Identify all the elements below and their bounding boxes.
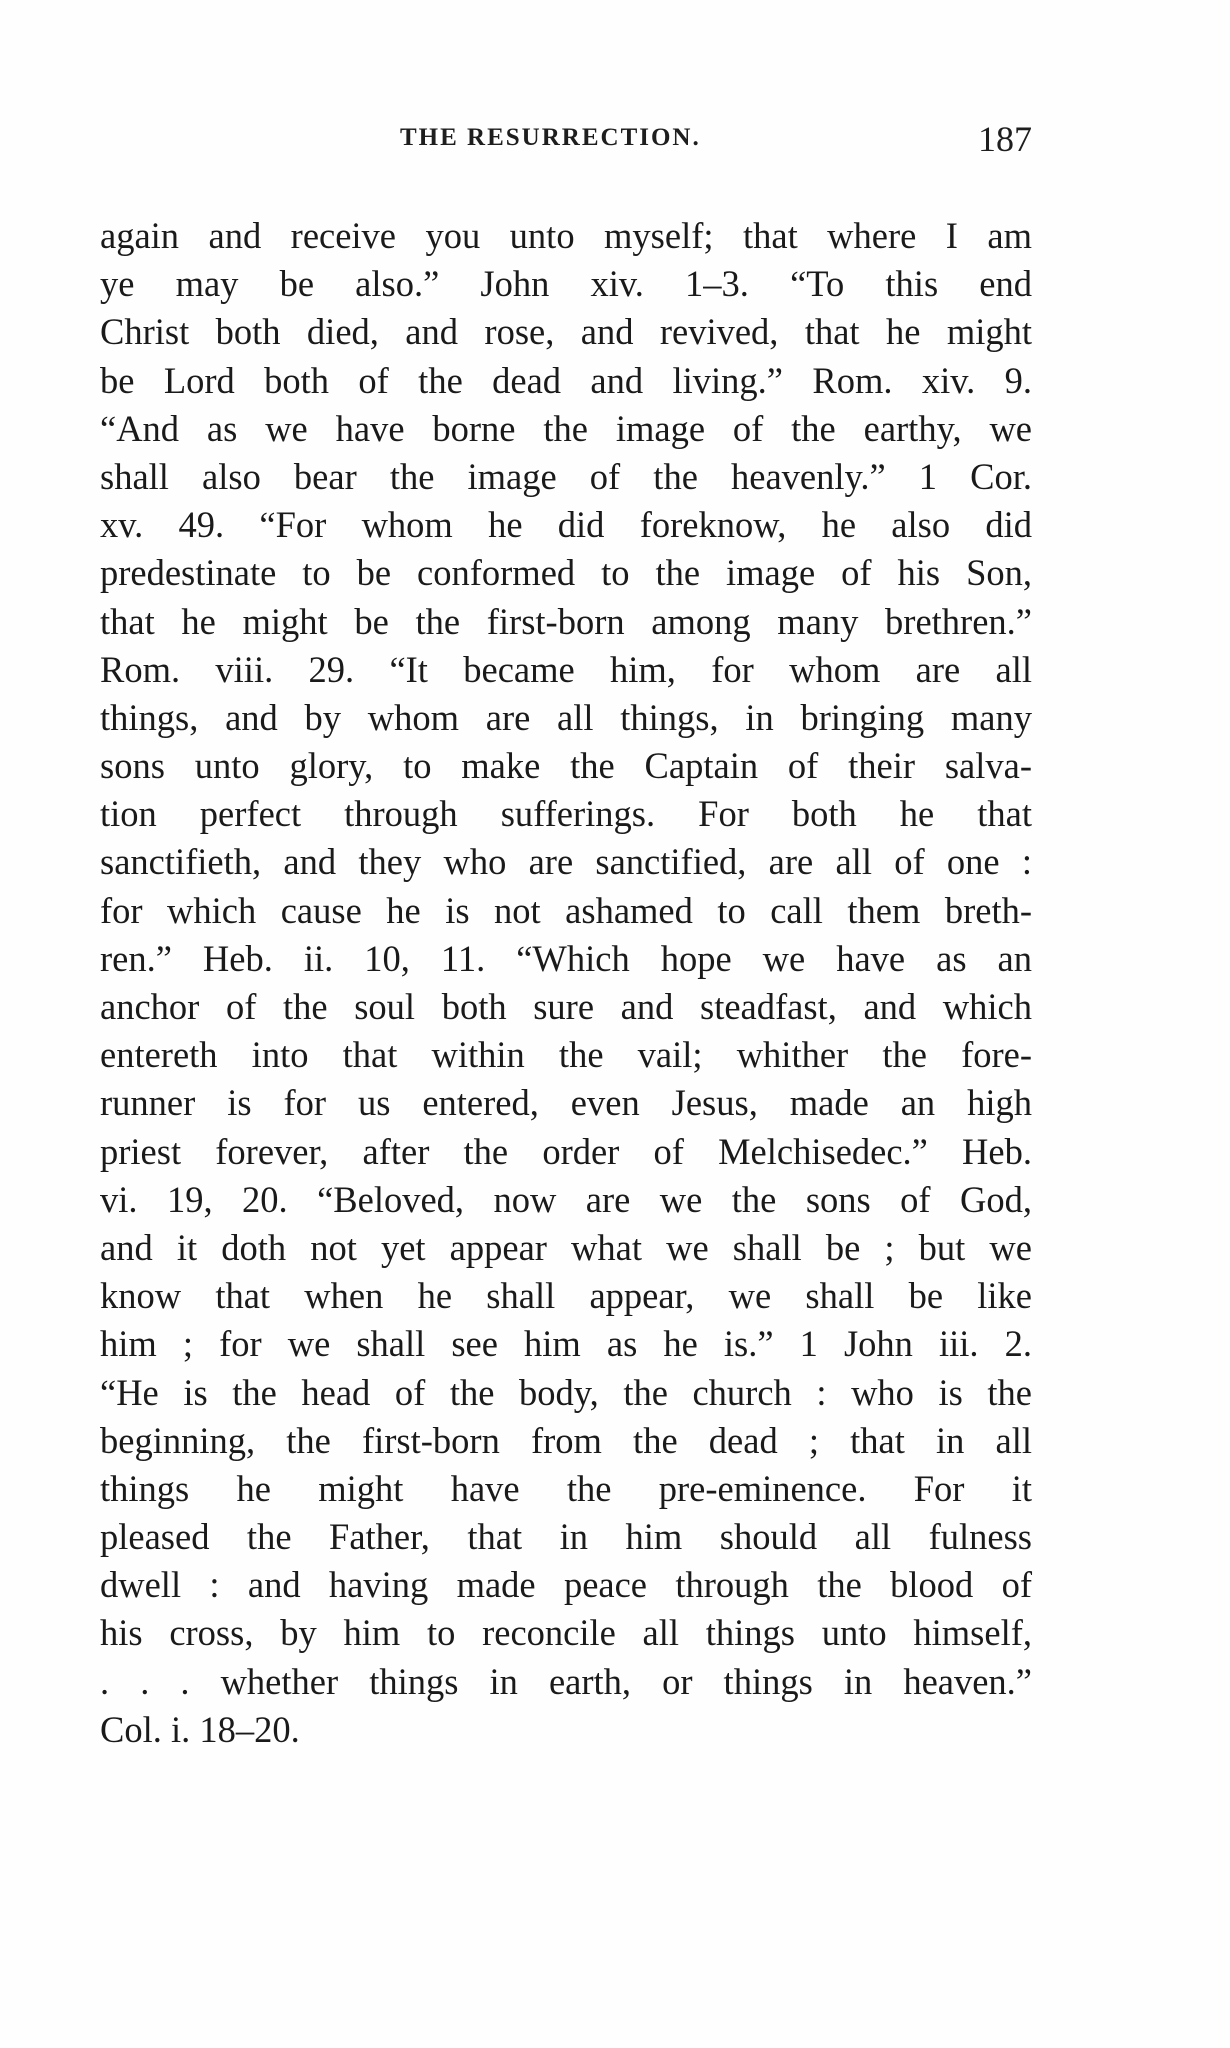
text-line: sanctifieth, and they who are sanctified…	[100, 838, 1032, 886]
text-line: pleased the Father, that in him should a…	[100, 1513, 1032, 1561]
text-line: ren.” Heb. ii. 10, 11. “Which hope we ha…	[100, 935, 1032, 983]
text-line: runner is for us entered, even Jesus, ma…	[100, 1079, 1032, 1127]
text-line: “And as we have borne the image of the e…	[100, 405, 1032, 453]
text-line: for which cause he is not ashamed to cal…	[100, 887, 1032, 935]
text-line: that he might be the first-born among ma…	[100, 598, 1032, 646]
page-number: 187	[978, 118, 1032, 160]
text-line: his cross, by him to reconcile all thing…	[100, 1609, 1032, 1657]
running-head: THE RESURRECTION. 187	[100, 118, 1032, 158]
text-line: priest forever, after the order of Melch…	[100, 1128, 1032, 1176]
text-line-citation: Col. i. 18–20.	[100, 1706, 1032, 1754]
text-line: him ; for we shall see him as he is.” 1 …	[100, 1320, 1032, 1368]
text-line: entereth into that within the vail; whit…	[100, 1031, 1032, 1079]
text-line: things he might have the pre-eminence. F…	[100, 1465, 1032, 1513]
text-line: things, and by whom are all things, in b…	[100, 694, 1032, 742]
text-line: beginning, the first-born from the dead …	[100, 1417, 1032, 1465]
text-line: xv. 49. “For whom he did foreknow, he al…	[100, 501, 1032, 549]
text-line: Christ both died, and rose, and revived,…	[100, 308, 1032, 356]
text-line: Rom. viii. 29. “It became him, for whom …	[100, 646, 1032, 694]
book-page: THE RESURRECTION. 187 again and receive …	[0, 0, 1230, 2048]
text-line: dwell : and having made peace through th…	[100, 1561, 1032, 1609]
body-text: again and receive you unto myself; that …	[100, 212, 1032, 1754]
text-line: shall also bear the image of the heavenl…	[100, 453, 1032, 501]
text-line: sons unto glory, to make the Captain of …	[100, 742, 1032, 790]
text-line: ye may be also.” John xiv. 1–3. “To this…	[100, 260, 1032, 308]
text-line: anchor of the soul both sure and steadfa…	[100, 983, 1032, 1031]
text-line: “He is the head of the body, the church …	[100, 1369, 1032, 1417]
text-line: again and receive you unto myself; that …	[100, 212, 1032, 260]
text-line: predestinate to be conformed to the imag…	[100, 549, 1032, 597]
text-line: . . . whether things in earth, or things…	[100, 1658, 1032, 1706]
text-line: tion perfect through sufferings. For bot…	[100, 790, 1032, 838]
text-line: know that when he shall appear, we shall…	[100, 1272, 1032, 1320]
text-line: and it doth not yet appear what we shall…	[100, 1224, 1032, 1272]
text-line: be Lord both of the dead and living.” Ro…	[100, 357, 1032, 405]
text-line: vi. 19, 20. “Beloved, now are we the son…	[100, 1176, 1032, 1224]
running-title: THE RESURRECTION.	[400, 124, 701, 152]
